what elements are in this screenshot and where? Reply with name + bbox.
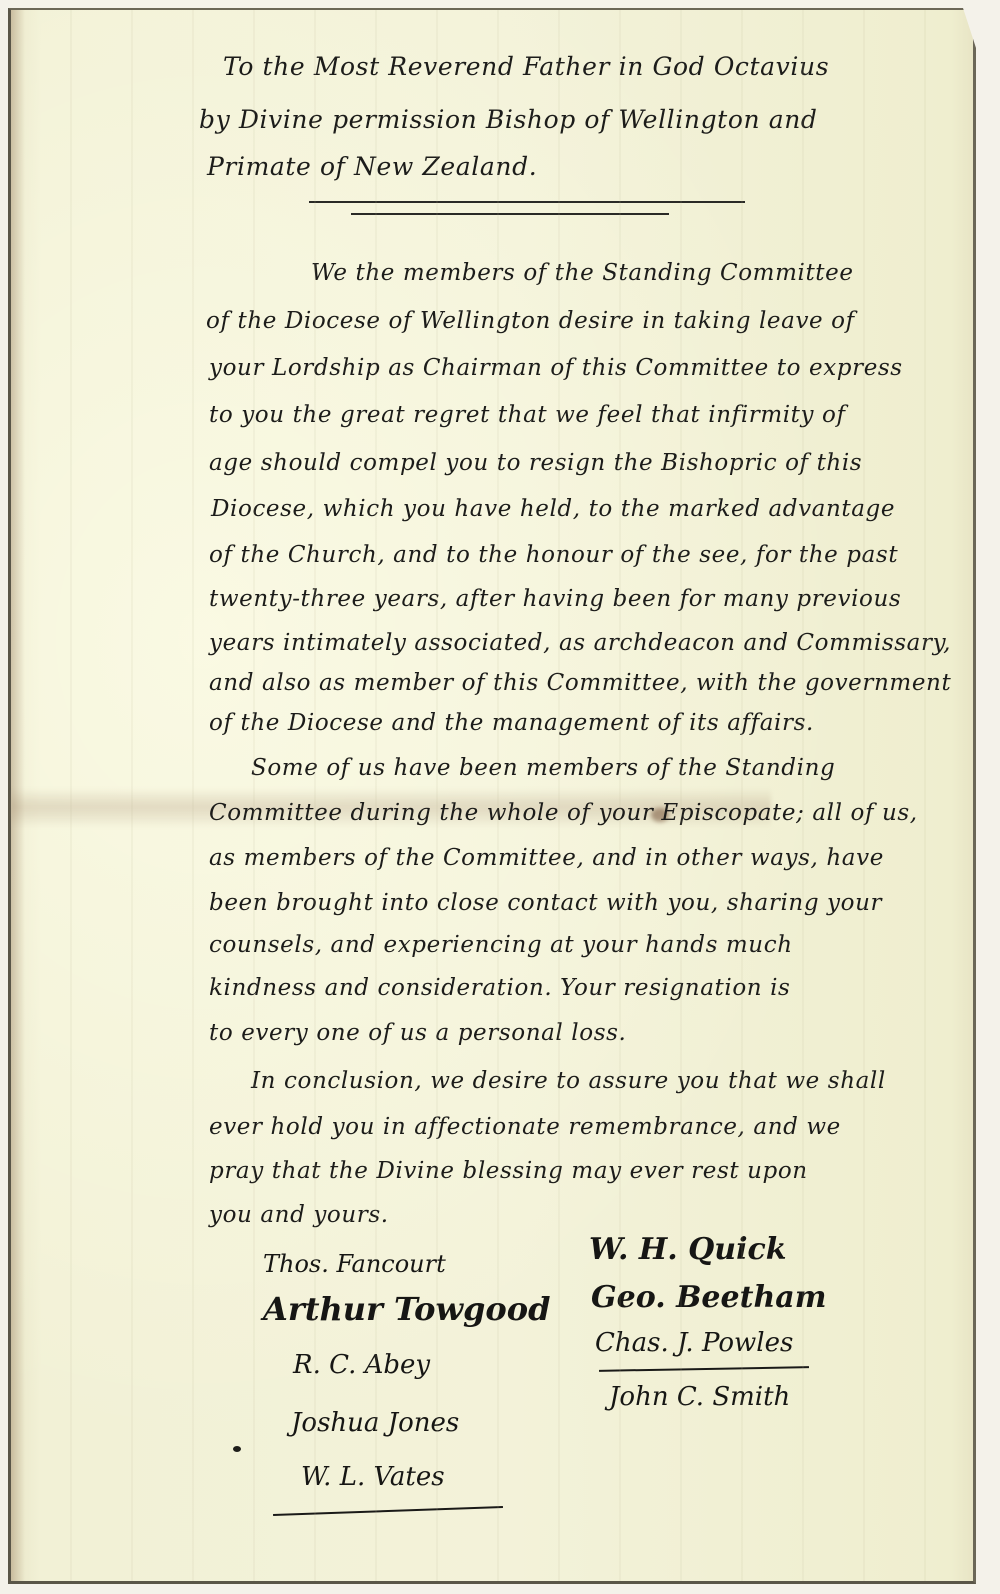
body-line: and also as member of this Committee, wi… [209,670,951,696]
signature-underline [599,1366,809,1372]
divider-rule-long [309,201,745,203]
address-line-3: Primate of New Zealand. [207,152,537,181]
address-line-2: by Divine permission Bishop of Wellingto… [199,105,818,134]
body-line: ever hold you in affectionate remembranc… [209,1114,841,1140]
signature-fancourt: Thos. Fancourt [263,1250,446,1278]
signature-smith: John C. Smith [609,1382,790,1412]
body-line: of the Diocese of Wellington desire in t… [206,308,855,334]
body-line: to every one of us a personal loss. [209,1020,626,1046]
body-line: Some of us have been members of the Stan… [251,755,835,781]
divider-rule-short [351,213,669,215]
letter-page: To the Most Reverend Father in God Octav… [8,8,976,1584]
body-line: counsels, and experiencing at your hands… [209,932,793,958]
body-line: We the members of the Standing Committee [311,260,854,286]
signature-towgood: Arthur Towgood [263,1290,550,1328]
signature-underline [273,1506,503,1516]
body-line: to you the great regret that we feel tha… [209,402,846,428]
body-line: kindness and consideration. Your resigna… [209,975,790,1001]
signature-abey: R. C. Abey [293,1350,430,1380]
signature-jones: Joshua Jones [291,1408,459,1438]
body-line: Committee during the whole of your Episc… [209,800,918,826]
signature-powles: Chas. J. Powles [595,1328,793,1358]
body-line: been brought into close contact with you… [209,890,882,916]
signature-beetham: Geo. Beetham [591,1280,826,1315]
signature-vates: W. L. Vates [301,1462,445,1492]
body-line: as members of the Committee, and in othe… [209,845,884,871]
body-line: of the Church, and to the honour of the … [209,542,898,568]
signature-quick: W. H. Quick [589,1232,787,1267]
body-line: age should compel you to resign the Bish… [209,450,862,476]
body-line: years intimately associated, as archdeac… [209,630,951,656]
body-line: In conclusion, we desire to assure you t… [251,1068,886,1094]
body-line: your Lordship as Chairman of this Commit… [209,355,903,381]
body-line: pray that the Divine blessing may ever r… [209,1158,808,1184]
ink-dot [233,1446,241,1452]
body-line: of the Diocese and the management of its… [209,710,814,736]
address-line-1: To the Most Reverend Father in God Octav… [223,52,829,81]
body-line: twenty-three years, after having been fo… [209,586,901,612]
body-line: Diocese, which you have held, to the mar… [211,496,895,522]
body-line: you and yours. [209,1202,389,1228]
